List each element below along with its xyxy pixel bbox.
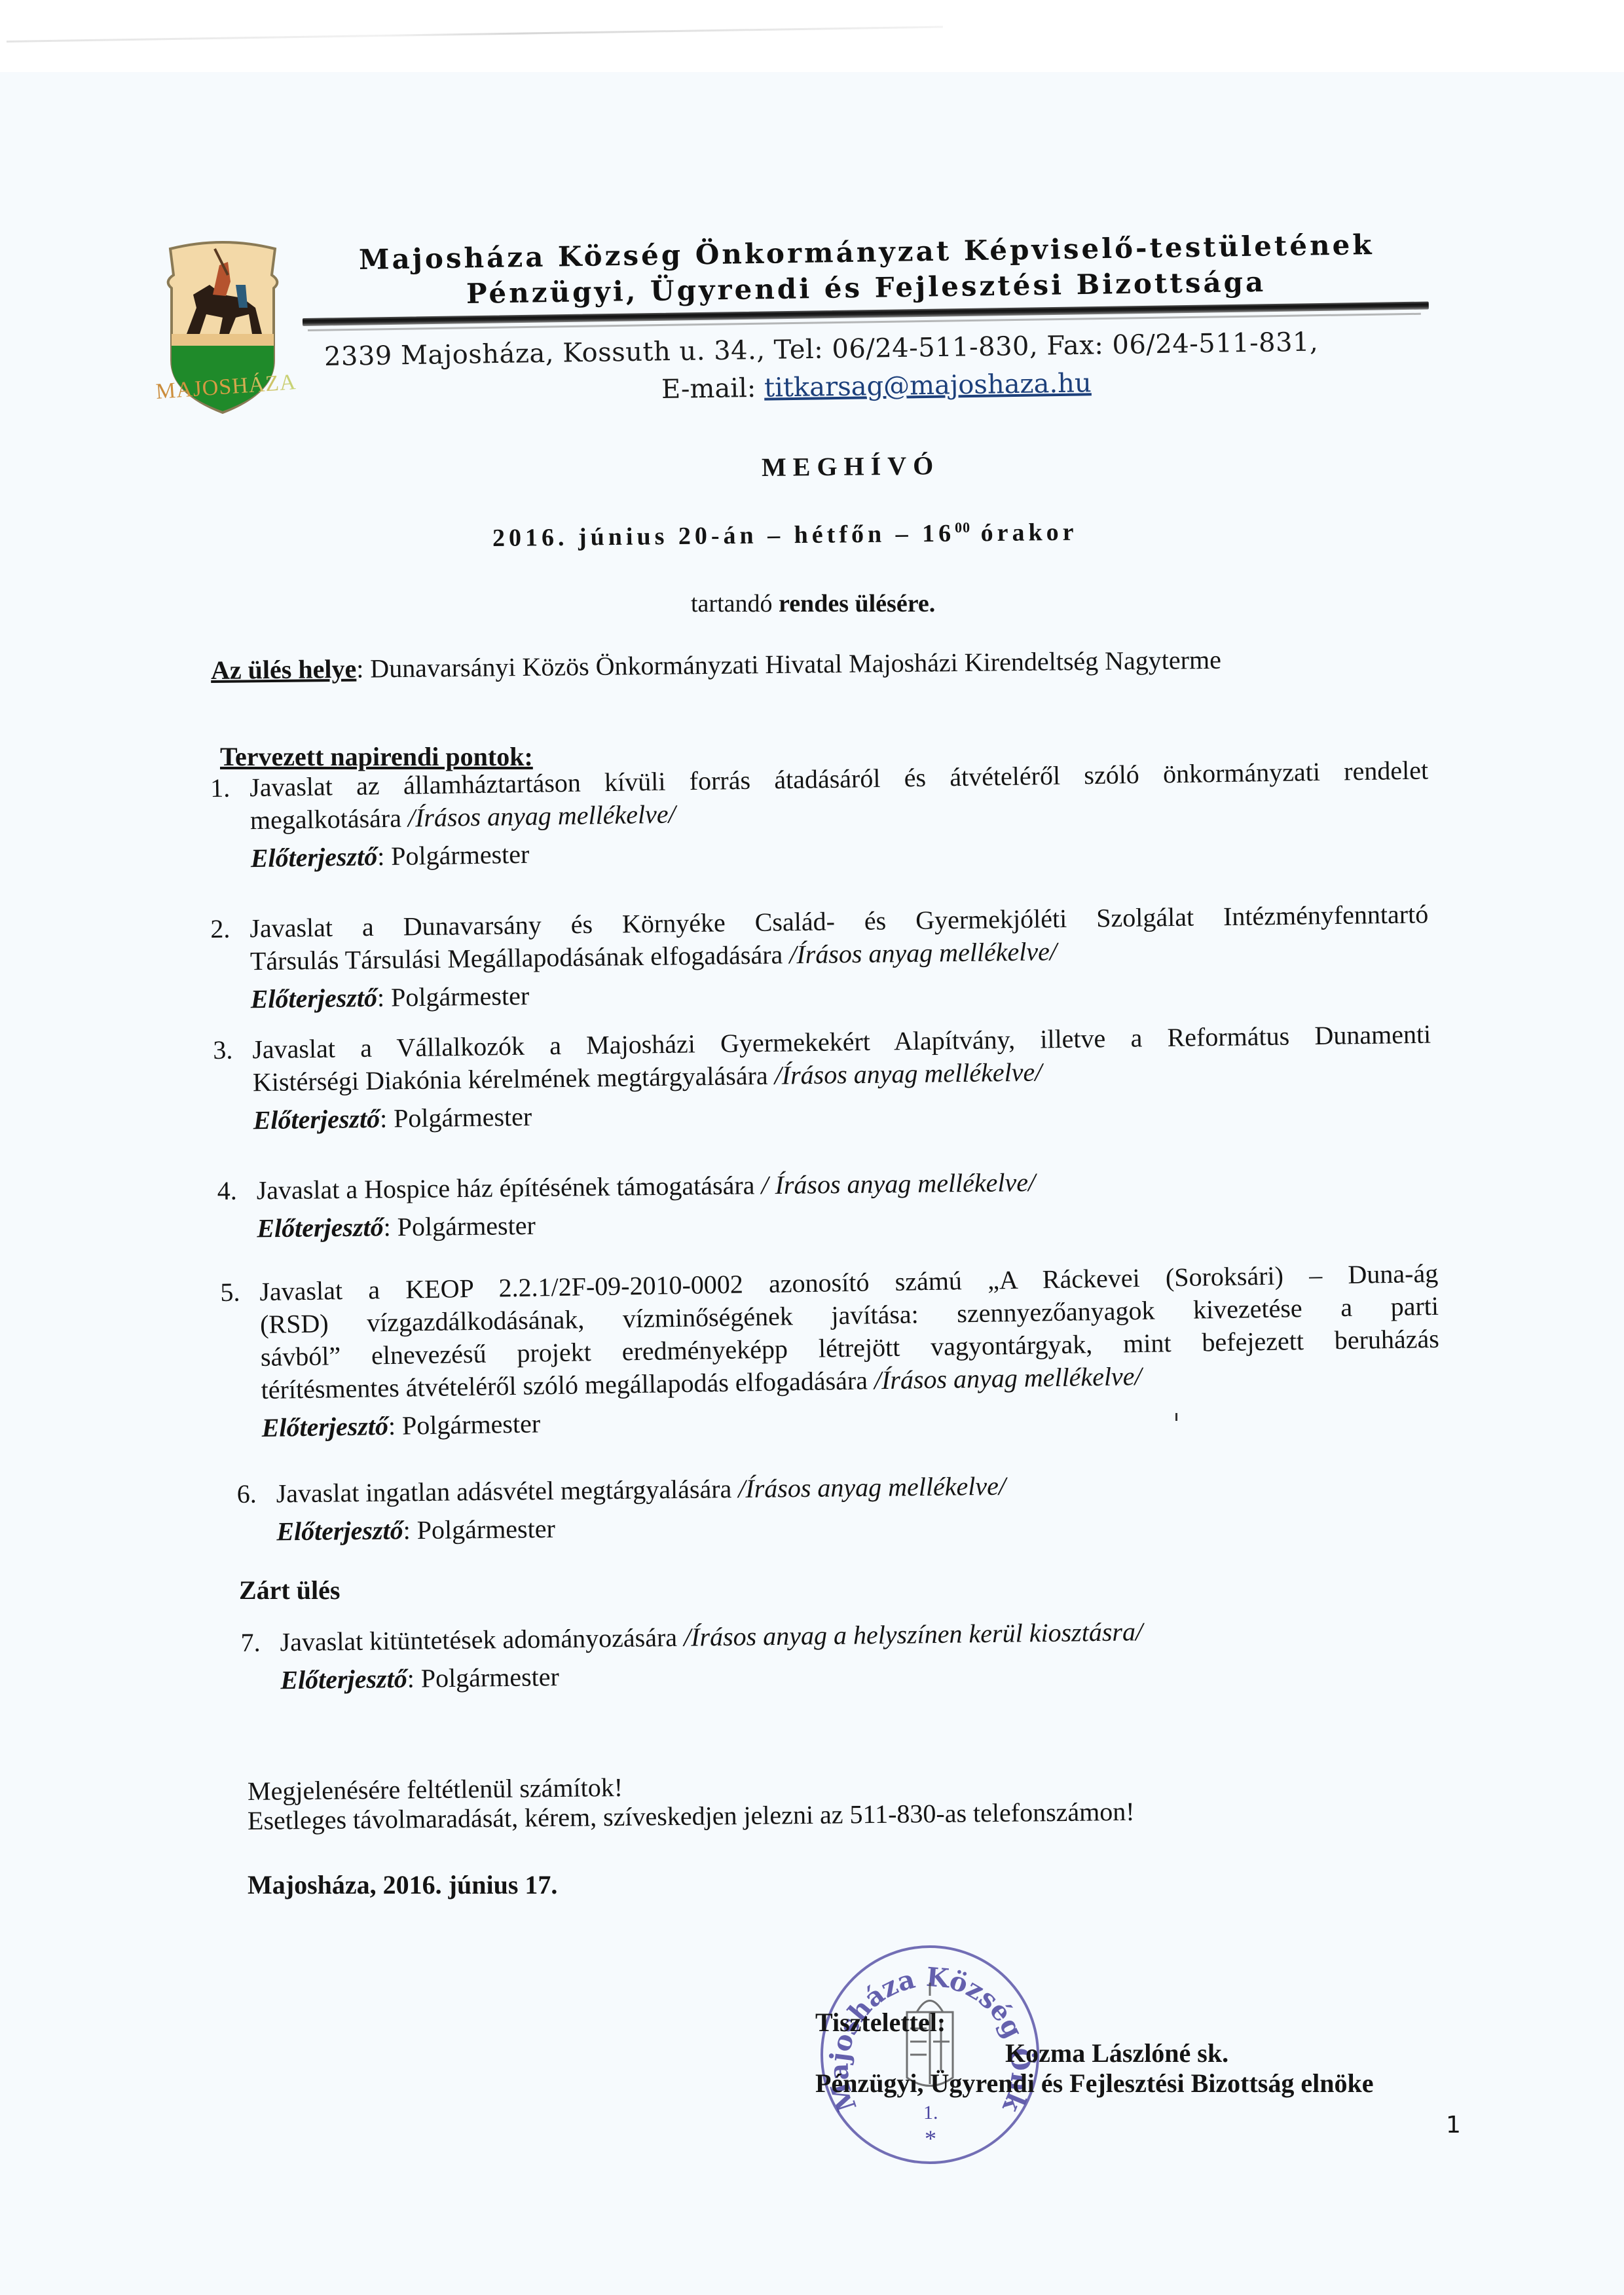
meeting-prefix: tartandó — [691, 590, 773, 617]
meeting-location: Az ülés helye: Dunavarsányi Közös Önkorm… — [211, 644, 1221, 686]
org-address: 2339 Majosháza, Kossuth u. 34., Tel: 06/… — [324, 327, 1319, 372]
presenter-value: : Polgármester — [388, 1408, 541, 1441]
presenter-label: Előterjesztő — [250, 983, 377, 1014]
agenda-item: 7.Javaslat kitüntetések adományozására /… — [240, 1616, 1143, 1696]
presenter-value: : Polgármester — [383, 1211, 536, 1241]
agenda-item-note: /Írásos anyag mellékelve/ — [738, 1471, 1006, 1503]
presenter-value: : Polgármester — [407, 1662, 559, 1693]
meeting-time-minutes: 00 — [955, 519, 970, 536]
signatory-name: Kozma Lászlóné sk. — [1005, 2038, 1228, 2068]
presenter-label: Előterjesztő — [257, 1212, 384, 1243]
location-value: : Dunavarsányi Közös Önkormányzati Hivat… — [356, 645, 1221, 684]
stamp-number: 1. — [923, 2102, 938, 2123]
agenda-item: 3.Javaslat a Vállalkozók a Majosházi Gye… — [213, 1019, 1432, 1136]
agenda-item-number: 1. — [210, 772, 250, 803]
agenda-item-number: 3. — [213, 1034, 253, 1065]
agenda-item-note: /Írásos anyag mellékelve/ — [789, 936, 1057, 969]
meeting-datetime: 2016. június 20-án – hétfőn – 1600 órako… — [492, 518, 1078, 553]
agenda-item-text: Javaslat ingatlan adásvétel megtárgyalás… — [276, 1474, 738, 1508]
agenda-item-number: 5. — [220, 1276, 260, 1308]
page-number: 1 — [1446, 2112, 1461, 2139]
agenda-item-text: Javaslat a Hospice ház építésének támoga… — [256, 1170, 761, 1205]
scan-margin — [0, 0, 1624, 72]
meeting-time-suffix: órakor — [980, 519, 1077, 547]
stamp-star: * — [925, 2125, 936, 2152]
presenter-value: : Polgármester — [403, 1514, 555, 1545]
org-name-line2: Pénzügyi, Ügyrendi és Fejlesztési Bizott… — [466, 266, 1266, 310]
agenda-item-number: 4. — [217, 1175, 256, 1206]
signature-greeting: Tisztelettel: — [815, 2007, 946, 2038]
presenter-label: Előterjesztő — [276, 1515, 403, 1546]
presenter-label: Előterjesztő — [261, 1411, 388, 1442]
presenter-value: : Polgármester — [380, 1102, 532, 1133]
closed-session-heading: Zárt ülés — [239, 1575, 340, 1606]
location-label: Az ülés helye — [211, 654, 357, 685]
agenda-item: 5.Javaslat a KEOP 2.2.1/2F-09-2010-0002 … — [220, 1258, 1441, 1444]
presenter-value: : Polgármester — [377, 839, 530, 871]
org-email-line: E-mail: titkarsag@majoshaza.hu — [661, 368, 1092, 405]
presenter-label: Előterjesztő — [250, 841, 377, 873]
agenda-item: 4.Javaslat a Hospice ház építésének támo… — [217, 1167, 1036, 1244]
agenda-item: 2.Javaslat a Dunavarsány és Környéke Csa… — [210, 898, 1430, 1015]
agenda-item-note: /Írásos anyag mellékelve/ — [408, 799, 676, 832]
agenda-item-note: / Írásos anyag mellékelve/ — [761, 1167, 1035, 1200]
agenda-item: 1.Javaslat az államháztartáson kívüli fo… — [210, 754, 1430, 874]
agenda-item-text: Kistérségi Diakónia kérelmének megtárgya… — [253, 1061, 775, 1097]
signatory-title: Pénzügyi, Ügyrendi és Fejlesztési Bizott… — [815, 2068, 1373, 2099]
agenda-item-number: 7. — [240, 1626, 280, 1658]
agenda-item-note: /Írásos anyag mellékelve/ — [774, 1057, 1042, 1090]
email-label: E-mail: — [661, 373, 756, 405]
agenda-item-text: megalkotására — [250, 803, 409, 835]
agenda-heading: Tervezett napirendi pontok: — [220, 741, 533, 772]
agenda-item-note: /Írásos anyag mellékelve/ — [874, 1361, 1142, 1395]
agenda-item-text: Javaslat kitüntetések adományozására — [280, 1623, 684, 1657]
meeting-type: rendes ülésére. — [779, 590, 935, 617]
agenda-item: 6.Javaslat ingatlan adásvétel megtárgyal… — [236, 1471, 1006, 1547]
email-link[interactable]: titkarsag@majoshaza.hu — [764, 368, 1092, 403]
presenter-label: Előterjesztő — [253, 1104, 380, 1135]
scan-speck — [1175, 1413, 1177, 1421]
presenter-value: : Polgármester — [377, 981, 530, 1012]
agenda-item-number: 2. — [210, 913, 250, 944]
meeting-date: 2016. június 20-án – hétfőn – 16 — [492, 520, 955, 552]
document-title: MEGHÍVÓ — [762, 450, 940, 483]
presenter-label: Előterjesztő — [280, 1664, 407, 1695]
place-and-date: Majosháza, 2016. június 17. — [248, 1869, 557, 1900]
meeting-type-line: tartandó rendes ülésére. — [691, 589, 935, 618]
agenda-item-text: Társulás Társulási Megállapodásának elfo… — [250, 940, 790, 976]
agenda-item-number: 6. — [236, 1478, 276, 1509]
agenda-item-note: /Írásos anyag a helyszínen kerül kiosztá… — [684, 1617, 1143, 1652]
